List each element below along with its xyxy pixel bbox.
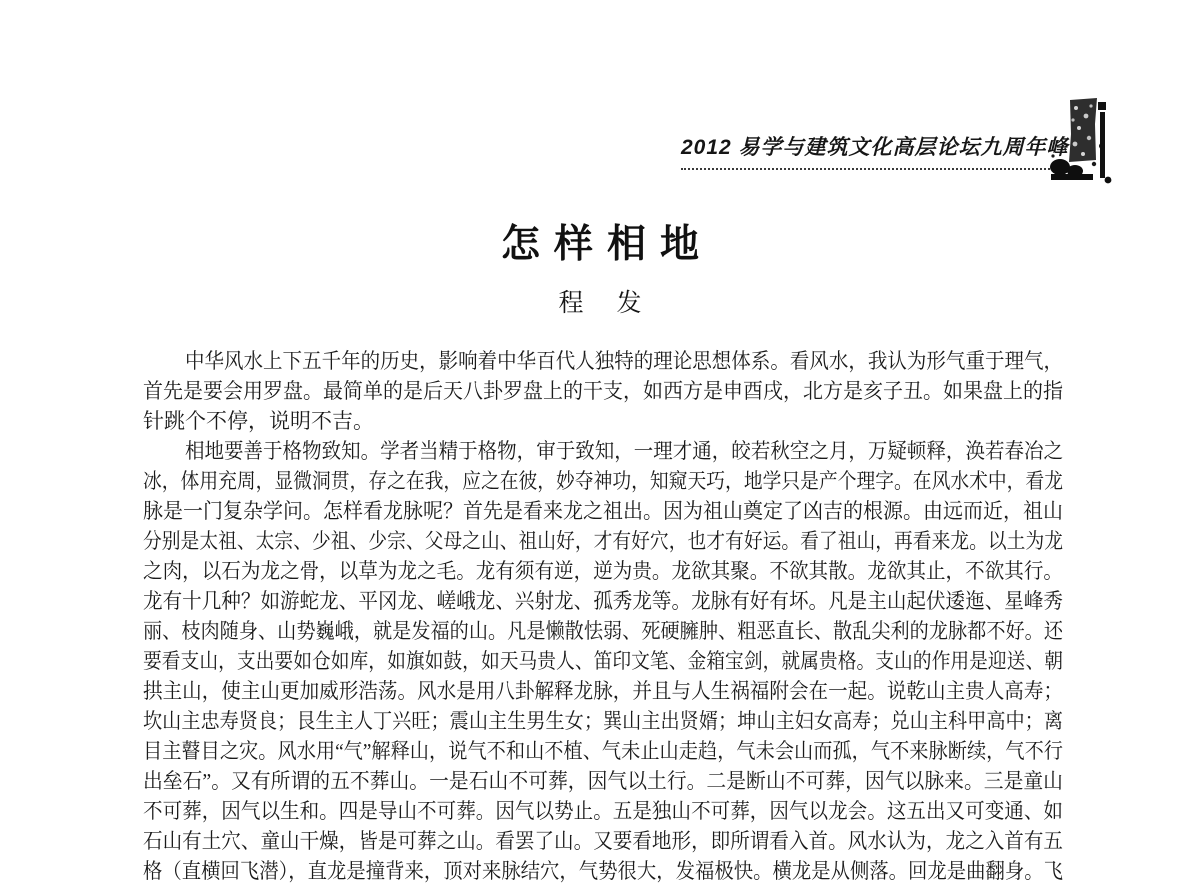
body-line: 丽、枝肉随身、山势巍峨，就是发福的山。凡是懒散怯弱、死硬臃肿、粗恶直长、散乱尖利… — [143, 616, 1063, 646]
body-line: 首先是要会用罗盘。最简单的是后天八卦罗盘上的干支，如西方是申酉戌，北方是亥子丑。… — [143, 376, 1063, 406]
article-body: 中华风水上下五千年的历史，影响着中华百代人独特的理论思想体系。看风水，我认为形气… — [143, 346, 1063, 883]
body-line: 冰，体用充周，显微洞贯，存之在我，应之在彼，妙夺神功，知窥天巧，地学只是产个理字… — [143, 466, 1063, 496]
body-line: 石山有土穴、童山干燥，皆是可葬之山。看罢了山。又要看地形，即所谓看入首。风水认为… — [143, 826, 1063, 856]
body-line: 拱主山，使主山更加威形浩荡。风水是用八卦解释龙脉，并且与人生祸福附会在一起。说乾… — [143, 676, 1063, 706]
body-line: 针跳个不停，说明不吉。 — [143, 406, 1063, 436]
article-author: 程 发 — [0, 283, 1200, 319]
article-title: 怎样相地 — [0, 213, 1200, 269]
body-line: 坎山主忠寿贤良；艮生主人丁兴旺；震山主生男生女；巽山主出贤婿；坤山主妇女高寿；兑… — [143, 706, 1063, 736]
body-line: 格（直横回飞潜），直龙是撞背来，顶对来脉结穴，气势很大，发福极快。横龙是从侧落。… — [143, 856, 1063, 883]
ink-stamp-logo — [1050, 94, 1116, 188]
body-line: 目主瞽目之灾。风水用“气”解释山，说气不和山不植、气未止山走趋，气未会山而孤，气… — [143, 736, 1063, 766]
body-line: 不可葬，因气以生和。四是导山不可葬。因气以势止。五是独山不可葬，因气以龙会。这五… — [143, 796, 1063, 826]
body-line: 龙有十几种？如游蛇龙、平冈龙、嵯峨龙、兴射龙、孤秀龙等。龙脉有好有坏。凡是主山起… — [143, 586, 1063, 616]
body-line: 分别是太祖、太宗、少祖、少宗、父母之山、祖山好，才有好穴，也才有好运。看了祖山，… — [143, 526, 1063, 556]
body-line: 之肉，以石为龙之骨，以草为龙之毛。龙有须有逆，逆为贵。龙欲其聚。不欲其散。龙欲其… — [143, 556, 1063, 586]
body-line: 相地要善于格物致知。学者当精于格物，审于致知，一理才通，皎若秋空之月，万疑顿释，… — [143, 436, 1063, 466]
body-line: 出垒石”。又有所谓的五不葬山。一是石山不可葬，因气以土行。二是断山不可葬，因气以… — [143, 766, 1063, 796]
conference-running-head: 2012 易学与建筑文化高层论坛九周年峰会 — [681, 131, 1061, 170]
body-line: 脉是一门复杂学问。怎样看龙脉呢？首先是看来龙之祖出。因为祖山奠定了凶吉的根源。由… — [143, 496, 1063, 526]
body-line: 要看支山，支出要如仓如库，如旗如鼓，如天马贵人、笛印文笔、金箱宝剑，就属贵格。支… — [143, 646, 1063, 676]
body-line: 中华风水上下五千年的历史，影响着中华百代人独特的理论思想体系。看风水，我认为形气… — [143, 346, 1063, 376]
scanned-document-page: 2012 易学与建筑文化高层论坛九周年峰会 怎样相地 程 发 中华风水上下五千年… — [0, 0, 1200, 883]
